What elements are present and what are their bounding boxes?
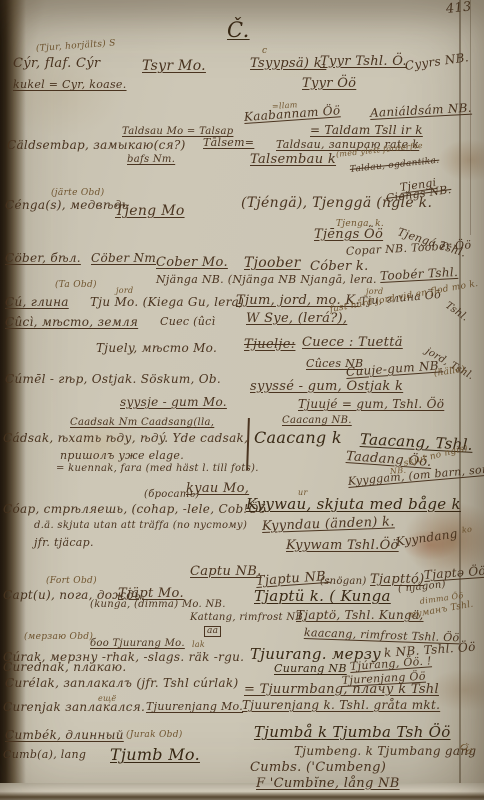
manuscript-line: Tjuely, мѣсто Mo. bbox=[96, 342, 217, 354]
manuscript-line: kukel = Cyr, koase. bbox=[13, 79, 127, 90]
manuscript-line: Kyyndau (änden) k. bbox=[262, 515, 395, 533]
manuscript-line: Cûcì, мѣсто, земля bbox=[5, 316, 138, 328]
manuscript-line: syysje - gum Mo. bbox=[120, 396, 227, 408]
manuscript-line: Cumb(a), lang bbox=[3, 749, 86, 760]
manuscript-line: (Tjur, horjälts) S bbox=[36, 39, 116, 54]
manuscript-line: Tjuelje: bbox=[244, 338, 295, 351]
manuscript-line: туманъ Tshl. bbox=[407, 601, 474, 621]
manuscript-line: Cober Mo. bbox=[156, 256, 228, 269]
manuscript-line: (snögan) bbox=[320, 577, 367, 587]
manuscript-line: Toobér Tshl. bbox=[380, 266, 459, 282]
manuscript-line: Caadsak Nm Caadsang(lla, bbox=[70, 418, 214, 428]
manuscript-line: bafs Nm. bbox=[127, 155, 175, 165]
manuscript-line: (kunga, (dimma) Mo. NB. bbox=[90, 600, 226, 610]
manuscript-line: Tjoober bbox=[244, 256, 301, 270]
manuscript-line: Tjeng Mo bbox=[115, 204, 185, 218]
manuscript-line: aa bbox=[204, 626, 221, 637]
manuscript-line: = kuennak, fara (med häst l. till fots). bbox=[56, 464, 259, 474]
manuscript-line: Taldau, ogdantika. bbox=[350, 157, 440, 175]
manuscript-line: Curélak, заплакалъ (jfr. Tshl cúrlak) bbox=[5, 677, 238, 689]
manuscript-line: Tyyr Tshl. Ö. bbox=[320, 55, 407, 68]
manuscript-line: Tjuurenjang k. Tshl. gråta mkt. bbox=[242, 699, 440, 711]
manuscript-line: syyssé - gum, Ostjak k bbox=[250, 380, 403, 393]
manuscript-line: Tjuurenjang Mo. bbox=[146, 701, 243, 712]
manuscript-line: Tsyr Mo. bbox=[142, 59, 206, 73]
manuscript-line: NB. bbox=[390, 467, 407, 476]
manuscript-line: (Ta Obd) bbox=[55, 281, 97, 290]
manuscript-line: Cuurang NB bbox=[274, 663, 347, 674]
manuscript-line: Captu NB. bbox=[190, 565, 262, 578]
manuscript-line: Aaniáldsám NB. bbox=[370, 102, 472, 119]
manuscript-line: Tjumbå k Tjumba Tsh Öö bbox=[254, 725, 451, 740]
manuscript-line: Cäldsembap, замыкаю(ся?) bbox=[7, 139, 186, 151]
manuscript-line: Njänga NB. (Njänga NB Njangā, lera. bbox=[156, 274, 377, 285]
manuscript-line: F 'Cumbĭne, lång NB bbox=[256, 777, 400, 790]
manuscript-line: jfr. tjäcap. bbox=[34, 537, 94, 548]
manuscript-line: Cýr, flaf. Cýr bbox=[13, 57, 100, 70]
page-number: 413 bbox=[445, 0, 472, 16]
manuscript-line: Cóber k. bbox=[310, 260, 369, 273]
manuscript-line: (Jurak Obd) bbox=[126, 731, 183, 740]
manuscript-line: Curednak, плакаю. bbox=[3, 661, 127, 673]
manuscript-line: d.ä. skjuta utan att träffa (по пустому) bbox=[34, 521, 247, 531]
manuscript-line: (мерзаю Obd) bbox=[24, 633, 93, 642]
manuscript-line: = Tjuurmbang, плачу k Tshl bbox=[244, 683, 439, 696]
manuscript-line: Talsembau k bbox=[250, 153, 336, 166]
manuscript-line: ko bbox=[461, 526, 472, 535]
manuscript-line: Tjumb Mo. bbox=[110, 747, 200, 763]
manuscript-line: Cöber, бѣл. bbox=[5, 252, 81, 264]
manuscript-line: Tshl. bbox=[443, 301, 470, 324]
manuscript-line: = Taldam Tsll ir k bbox=[310, 124, 423, 136]
manuscript-line: Kattang, rimfrost NB. bbox=[190, 613, 307, 623]
manuscript-line: Cádsak, ѣхать ѣду, ѣдý. Yde cadsak, bbox=[3, 432, 248, 444]
manuscript-line: Cumbs. ('Cumbeng) bbox=[250, 761, 386, 774]
manuscript-line: Caacang NB. bbox=[282, 416, 352, 426]
bottom-page-edges bbox=[0, 783, 484, 800]
manuscript-line: (järte Obd) bbox=[51, 189, 105, 198]
manuscript-line: Cúmēl - гѣр, Ostjak. Söskum, Ob. bbox=[5, 373, 221, 385]
manuscript-line: Cú, глина bbox=[5, 296, 69, 308]
manuscript-line: Cumbék, длинный bbox=[5, 729, 124, 741]
manuscript-line: Tjaptö, Tshl. Kungä, bbox=[296, 609, 424, 621]
manuscript-line: kaacang, rimfrost Tshl. Öö bbox=[304, 627, 460, 643]
manuscript-line: lak bbox=[192, 641, 205, 649]
manuscript-line: Cöber Nm bbox=[91, 252, 156, 264]
manuscript-line: Cénga(s), медвѣдь bbox=[5, 199, 128, 211]
manuscript-line: (Tjéngä), Tjenggä (ngle k. bbox=[241, 196, 432, 210]
manuscript-line: Cóap, стрѣляешь, (cohap, -lele, Cob!Öö bbox=[3, 503, 266, 515]
manuscript-line: пришолъ уже elage. bbox=[60, 450, 184, 461]
manuscript-line: Curenjak заплакался. bbox=[3, 701, 145, 713]
manuscript-line: Tsyypsä) k. bbox=[250, 57, 326, 70]
manuscript-line: Kyywau, skjuta med båge k bbox=[246, 497, 461, 512]
manuscript-line: Tju Mo. (Kiega Gu, lera) bbox=[90, 296, 244, 308]
page-edge-line-2 bbox=[470, 0, 471, 235]
page-edge-line bbox=[459, 0, 461, 800]
manuscript-line: Caacang k bbox=[254, 430, 342, 446]
manuscript-line: Tjumbeng. k Tjumbang gang bbox=[294, 745, 476, 757]
manuscript-line: Tjuujé = gum, Tshl. Öö bbox=[298, 398, 444, 410]
manuscript-line: Cuece : Tuettä bbox=[302, 336, 403, 349]
manuscript-line: Tjaptü k. ( Kunga bbox=[254, 589, 391, 604]
manuscript-line: ( njágon) bbox=[397, 580, 446, 595]
manuscript-line: (Fort Obd) bbox=[46, 577, 97, 586]
manuscript-line: Cuec (ûcì bbox=[160, 316, 215, 327]
manuscript-line: c bbox=[262, 47, 267, 56]
manuscript-line: (бросать) bbox=[144, 490, 200, 500]
section-heading: Č. bbox=[227, 20, 250, 41]
manuscript-line: Tjaptə Öö bbox=[424, 565, 484, 581]
manuscript-line: Kaabannam Öö bbox=[244, 104, 341, 123]
manuscript-line: jord bbox=[116, 287, 133, 295]
manuscript-line: боо Tjuurang Mo. bbox=[90, 639, 185, 649]
manuscript-line: Kyywam Tshl.Öö bbox=[286, 539, 399, 552]
manuscript-line: Kyyndang bbox=[395, 527, 458, 548]
manuscript-line: Tjēngs Öö bbox=[314, 228, 383, 241]
manuscript-page: 413 Č. (Tjur, horjälts) S Cýr, flaf. Cýr… bbox=[0, 0, 484, 800]
manuscript-line: Tyyr Öö bbox=[302, 77, 356, 90]
manuscript-line: Tālsem= bbox=[203, 137, 254, 148]
